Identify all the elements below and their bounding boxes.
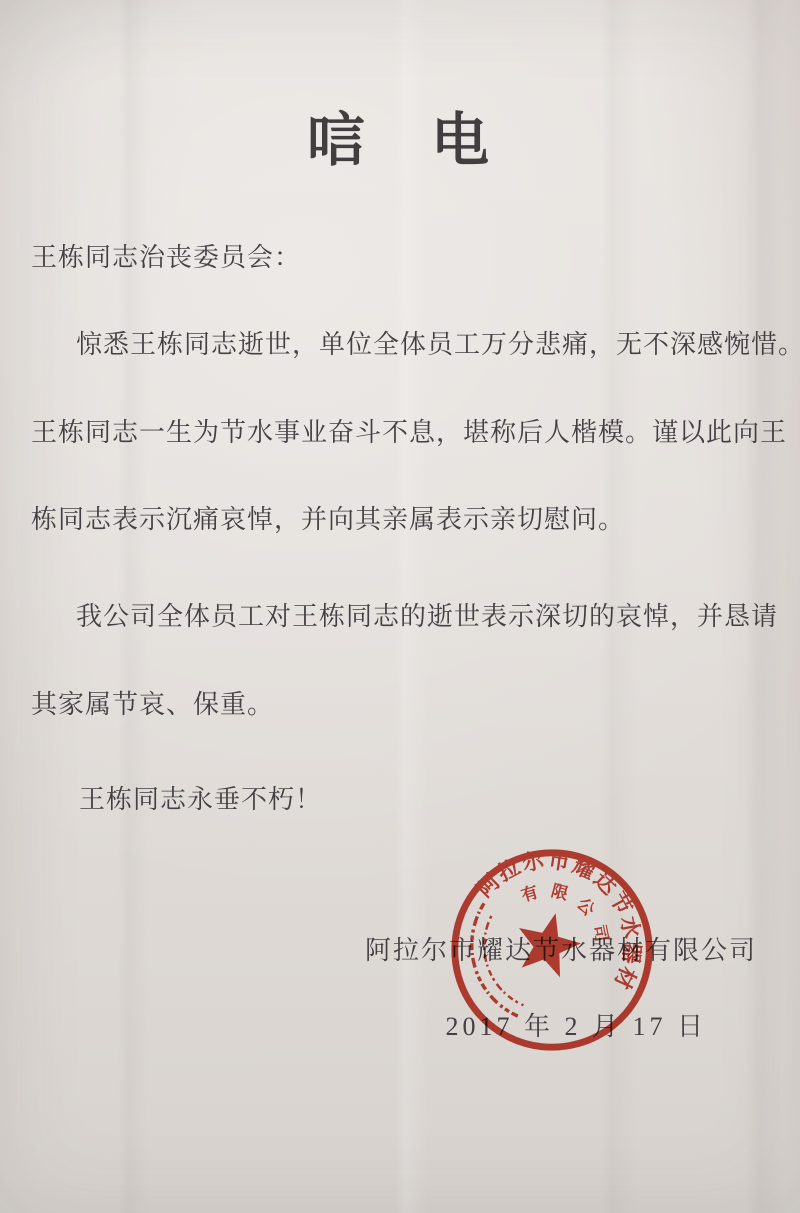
paragraph-1-line-2: 王栋同志一生为节水事业奋斗不息，堪称后人楷模。谨以此向王 xyxy=(31,416,787,450)
page-title: 唁 电 xyxy=(0,106,800,176)
red-star-icon xyxy=(510,905,587,980)
salutation: 王栋同志治丧委员会： xyxy=(31,241,301,275)
uyghur-script-arc-inner xyxy=(478,916,532,1006)
paragraph-1-line-3: 栋同志表示沉痛哀悼，并向其亲属表示亲切慰问。 xyxy=(31,503,625,537)
paragraph-2-line-1: 我公司全体员工对王栋同志的逝世表示深切的哀悼，并恳请 xyxy=(76,600,778,634)
uyghur-script-arc xyxy=(464,903,531,1018)
company-seal-stamp: 阿拉尔市耀达节水器材 有 限 公 司 xyxy=(433,831,670,1068)
document-photo: 唁 电 王栋同志治丧委员会： 惊悉王栋同志逝世，单位全体员工万分悲痛，无不深感惋… xyxy=(0,0,800,1213)
paragraph-1-line-1: 惊悉王栋同志逝世，单位全体员工万分悲痛，无不深感惋惜。 xyxy=(76,328,800,362)
paragraph-3-line-1: 王栋同志永垂不朽！ xyxy=(79,783,322,817)
paragraph-2-line-2: 其家属节哀、保重。 xyxy=(31,688,274,722)
